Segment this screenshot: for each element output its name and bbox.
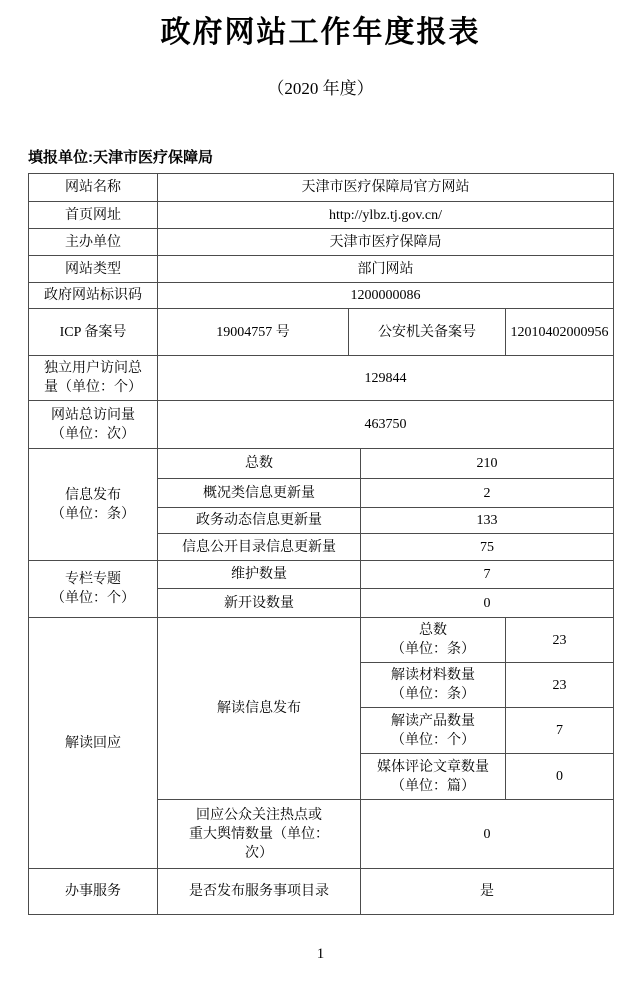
total-visits-value: 463750 bbox=[158, 401, 614, 449]
overview-updates-label: 概况类信息更新量 bbox=[158, 479, 361, 508]
site-name-value: 天津市医疗保障局官方网站 bbox=[158, 174, 614, 202]
icp-value: 19004757 号 bbox=[158, 309, 349, 356]
maintained-count-value: 7 bbox=[361, 561, 614, 589]
interpretation-label: 解读回应 bbox=[29, 618, 158, 869]
info-total-label: 总数 bbox=[158, 449, 361, 479]
interpretation-release-label: 解读信息发布 bbox=[158, 618, 361, 800]
hotspot-response-value: 0 bbox=[361, 800, 614, 869]
homepage-url-value: http://ylbz.tj.gov.cn/ bbox=[158, 202, 614, 229]
interpret-products-value: 7 bbox=[506, 708, 614, 754]
table-row-unique-visitors: 独立用户访问总 量（单位：个） 129844 bbox=[29, 356, 614, 401]
site-type-value: 部门网站 bbox=[158, 256, 614, 283]
info-total-value: 210 bbox=[361, 449, 614, 479]
page-number: 1 bbox=[0, 946, 641, 963]
report-page: 政府网站工作年度报表 （2020 年度） 填报单位:天津市医疗保障局 网站名称 … bbox=[0, 0, 641, 986]
disclosure-updates-label: 信息公开目录信息更新量 bbox=[158, 534, 361, 561]
interpret-total-value: 23 bbox=[506, 618, 614, 663]
table-row-site-id: 政府网站标识码 1200000086 bbox=[29, 283, 614, 309]
report-table: 网站名称 天津市医疗保障局官方网站 首页网址 http://ylbz.tj.go… bbox=[28, 173, 614, 915]
new-count-value: 0 bbox=[361, 589, 614, 618]
overview-updates-value: 2 bbox=[361, 479, 614, 508]
report-year-subtitle: （2020 年度） bbox=[0, 78, 641, 100]
table-row-icp: ICP 备案号 19004757 号 公安机关备案号 1201040200095… bbox=[29, 309, 614, 356]
site-id-value: 1200000086 bbox=[158, 283, 614, 309]
unique-visitors-value: 129844 bbox=[158, 356, 614, 401]
police-record-label: 公安机关备案号 bbox=[349, 309, 506, 356]
maintained-count-label: 维护数量 bbox=[158, 561, 361, 589]
service-label: 办事服务 bbox=[29, 869, 158, 915]
homepage-url-label: 首页网址 bbox=[29, 202, 158, 229]
interpret-products-label: 解读产品数量 （单位：个） bbox=[361, 708, 506, 754]
gov-news-updates-label: 政务动态信息更新量 bbox=[158, 508, 361, 534]
site-id-label: 政府网站标识码 bbox=[29, 283, 158, 309]
reporting-unit: 填报单位:天津市医疗保障局 bbox=[28, 148, 641, 167]
table-row-organizer: 主办单位 天津市医疗保障局 bbox=[29, 229, 614, 256]
media-articles-value: 0 bbox=[506, 754, 614, 800]
service-catalog-label: 是否发布服务事项目录 bbox=[158, 869, 361, 915]
table-row-total-visits: 网站总访问量 （单位：次） 463750 bbox=[29, 401, 614, 449]
table-row-service-catalog: 办事服务 是否发布服务事项目录 是 bbox=[29, 869, 614, 915]
new-count-label: 新开设数量 bbox=[158, 589, 361, 618]
interpret-total-label: 总数 （单位：条） bbox=[361, 618, 506, 663]
hotspot-response-label: 回应公众关注热点或 重大舆情数量（单位： 次） bbox=[158, 800, 361, 869]
disclosure-updates-value: 75 bbox=[361, 534, 614, 561]
table-row-interpret-total: 解读回应 解读信息发布 总数 （单位：条） 23 bbox=[29, 618, 614, 663]
service-catalog-value: 是 bbox=[361, 869, 614, 915]
special-columns-label: 专栏专题 （单位：个） bbox=[29, 561, 158, 618]
table-row-info-total: 信息发布 （单位：条） 总数 210 bbox=[29, 449, 614, 479]
media-articles-label: 媒体评论文章数量 （单位：篇） bbox=[361, 754, 506, 800]
interpret-materials-label: 解读材料数量 （单位：条） bbox=[361, 663, 506, 708]
table-row-site-type: 网站类型 部门网站 bbox=[29, 256, 614, 283]
police-record-value: 12010402000956 bbox=[506, 309, 614, 356]
unique-visitors-label: 独立用户访问总 量（单位：个） bbox=[29, 356, 158, 401]
site-type-label: 网站类型 bbox=[29, 256, 158, 283]
icp-label: ICP 备案号 bbox=[29, 309, 158, 356]
table-row-homepage-url: 首页网址 http://ylbz.tj.gov.cn/ bbox=[29, 202, 614, 229]
page-title: 政府网站工作年度报表 bbox=[0, 0, 641, 52]
organizer-value: 天津市医疗保障局 bbox=[158, 229, 614, 256]
interpret-materials-value: 23 bbox=[506, 663, 614, 708]
organizer-label: 主办单位 bbox=[29, 229, 158, 256]
gov-news-updates-value: 133 bbox=[361, 508, 614, 534]
site-name-label: 网站名称 bbox=[29, 174, 158, 202]
total-visits-label: 网站总访问量 （单位：次） bbox=[29, 401, 158, 449]
info-release-label: 信息发布 （单位：条） bbox=[29, 449, 158, 561]
table-row-site-name: 网站名称 天津市医疗保障局官方网站 bbox=[29, 174, 614, 202]
table-row-maintained-columns: 专栏专题 （单位：个） 维护数量 7 bbox=[29, 561, 614, 589]
